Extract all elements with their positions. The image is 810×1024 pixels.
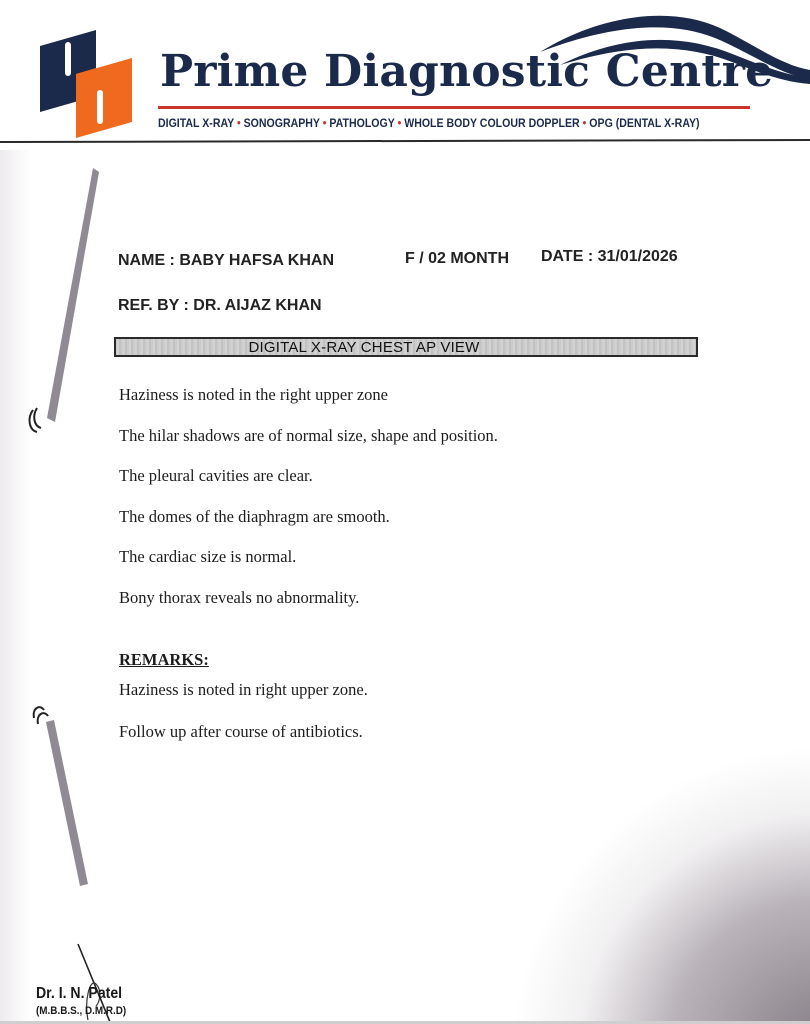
header-red-rule — [158, 106, 750, 109]
header-divider — [0, 139, 810, 143]
service-item: DIGITAL X-RAY — [158, 116, 234, 130]
remark-item: Haziness is noted in right upper zone. — [119, 680, 368, 722]
logo-icon — [36, 30, 134, 138]
brand-title: Prime Diagnostic Centre — [160, 46, 773, 97]
doctor-name: Dr. I. N. Patel — [36, 985, 122, 1003]
page-shadow — [510, 744, 810, 1024]
finding-item: The domes of the diaphragm are smooth. — [119, 507, 498, 548]
findings-list: Haziness is noted in the right upper zon… — [119, 385, 498, 628]
remarks-list: Haziness is noted in right upper zone. F… — [119, 680, 368, 764]
pin-mark-icon — [25, 160, 105, 440]
pin-mark-icon — [28, 700, 98, 890]
finding-item: Bony thorax reveals no abnormality. — [119, 588, 498, 629]
service-item: PATHOLOGY — [329, 116, 394, 130]
report-page: Prime Diagnostic Centre DIGITAL X-RAY • … — [0, 0, 810, 1024]
study-title-bar: DIGITAL X-RAY CHEST AP VIEW — [114, 337, 698, 357]
doctor-qualifications: (M.B.B.S., D.M.R.D) — [36, 1005, 126, 1017]
referred-by: REF. BY : DR. AIJAZ KHAN — [118, 297, 322, 315]
remark-item: Follow up after course of antibiotics. — [119, 722, 368, 764]
services-line: DIGITAL X-RAY • SONOGRAPHY • PATHOLOGY •… — [158, 116, 700, 130]
service-separator: • — [237, 116, 244, 130]
service-item: OPG (DENTAL X-RAY) — [589, 116, 699, 130]
patient-sex-age: F / 02 MONTH — [405, 250, 509, 268]
patient-name: NAME : BABY HAFSA KHAN — [118, 252, 334, 270]
finding-item: The hilar shadows are of normal size, sh… — [119, 426, 498, 467]
study-title: DIGITAL X-RAY CHEST AP VIEW — [32, 339, 696, 356]
service-item: WHOLE BODY COLOUR DOPPLER — [404, 116, 579, 130]
finding-item: The cardiac size is normal. — [119, 547, 498, 588]
service-item: SONOGRAPHY — [244, 116, 320, 130]
finding-item: Haziness is noted in the right upper zon… — [119, 385, 498, 426]
finding-item: The pleural cavities are clear. — [119, 466, 498, 507]
report-date: DATE : 31/01/2026 — [541, 248, 678, 266]
service-separator: • — [583, 116, 590, 130]
remarks-heading: REMARKS: — [119, 650, 209, 670]
